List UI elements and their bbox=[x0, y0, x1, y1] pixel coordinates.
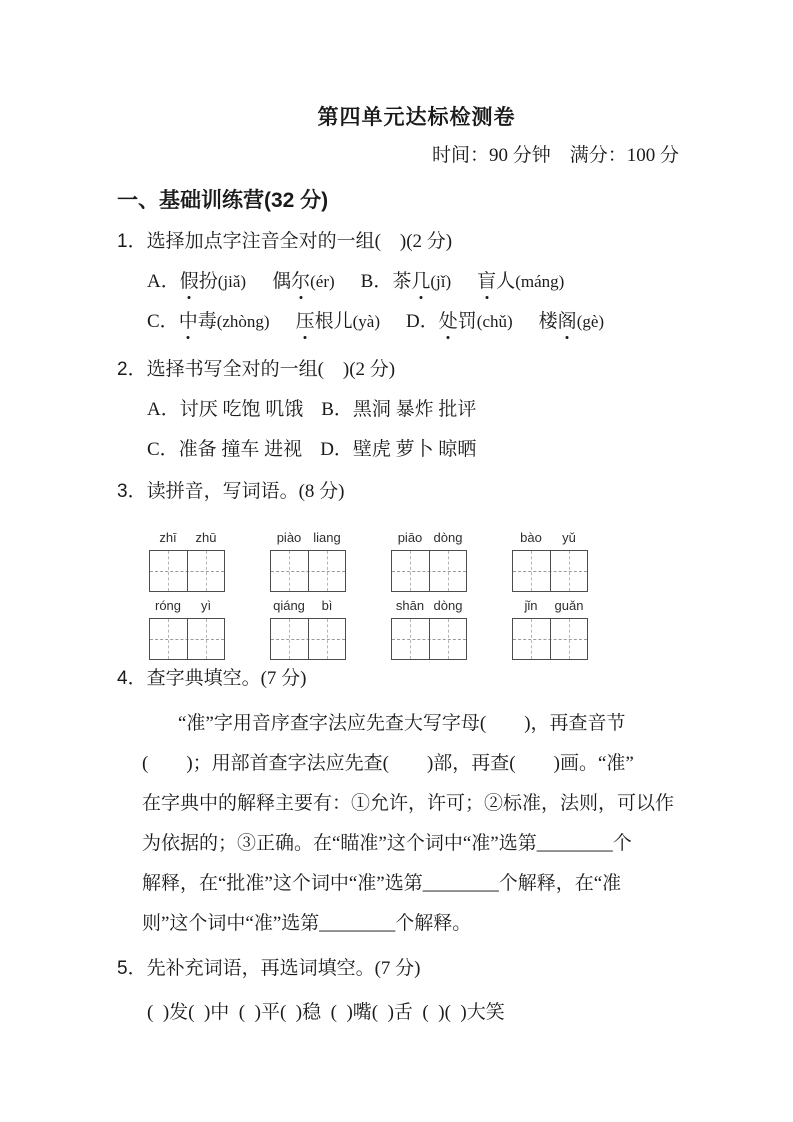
option-label: A． bbox=[147, 268, 180, 295]
grid-row: zhīzhūpiàoliangpiāodòngbàoyǔ bbox=[149, 529, 733, 592]
option-item: A．假扮(jiǎ) bbox=[147, 268, 246, 295]
pinyin-syllable: zhū bbox=[187, 529, 225, 550]
option-row: C．准备 撞车 进视D．壁虎 萝卜 晾晒 bbox=[147, 436, 733, 476]
question-2-stem-text: 选择书写全对的一组( )(2 分) bbox=[147, 359, 396, 380]
writing-grid: zhīzhū bbox=[149, 529, 225, 592]
grid-cell bbox=[513, 551, 550, 591]
question-1-stem: 1．选择加点字注音全对的一组( )(2 分) bbox=[117, 228, 733, 268]
exam-time-score-meta: 时间：90 分钟 满分：100 分 bbox=[432, 140, 679, 167]
pinyin-syllable: jǐn bbox=[512, 597, 550, 618]
question-2-stem: 2．选择书写全对的一组( )(2 分) bbox=[117, 356, 733, 396]
grid-cell bbox=[150, 551, 187, 591]
pinyin-row: zhīzhū bbox=[149, 529, 225, 550]
pinyin-row: bàoyǔ bbox=[512, 529, 588, 550]
pinyin-syllable: bì bbox=[308, 597, 346, 618]
option-char: 假 bbox=[180, 268, 199, 295]
question-2-options: A．讨厌 吃饱 叽饿B．黑洞 暴炸 批评C．准备 撞车 进视D．壁虎 萝卜 晾晒 bbox=[117, 396, 733, 476]
question-4: 4．查字典填空。(7 分) “准”字用音序查字法应先查大写字母( )，再查音节(… bbox=[117, 665, 733, 950]
grid-cell bbox=[187, 619, 225, 659]
option-char: 尔 bbox=[291, 268, 310, 295]
option-char: 茶 bbox=[392, 268, 411, 295]
grid-cell bbox=[550, 551, 588, 591]
question-2: 2．选择书写全对的一组( )(2 分) A．讨厌 吃饱 叽饿B．黑洞 暴炸 批评… bbox=[117, 356, 733, 476]
pinyin-syllable: liang bbox=[308, 529, 346, 550]
question-2-number: 2． bbox=[117, 359, 147, 380]
option-row: A．假扮(jiǎ)偶尔(ér)B．茶几(jǐ)盲人(máng) bbox=[147, 268, 733, 308]
grid-cell bbox=[513, 619, 550, 659]
option-item: C．准备 撞车 进视 bbox=[147, 436, 302, 476]
grid-cell bbox=[271, 551, 308, 591]
pinyin-annotation: (jiǎ) bbox=[218, 268, 246, 295]
option-label: C． bbox=[147, 308, 179, 335]
option-word: 盲人 bbox=[477, 268, 515, 295]
section-1-heading: 一、基础训练营(32 分) bbox=[117, 184, 328, 214]
pinyin-syllable: shān bbox=[391, 597, 429, 618]
question-4-stem: 4．查字典填空。(7 分) bbox=[117, 665, 733, 705]
grid-cell bbox=[187, 551, 225, 591]
option-char: 根 bbox=[315, 308, 334, 335]
option-label: D． bbox=[406, 308, 439, 335]
pinyin-row: shāndòng bbox=[391, 597, 467, 618]
grid-cell bbox=[550, 619, 588, 659]
text-line: 在字典中的解释主要有：①允许，许可；②标准，法则，可以作 bbox=[142, 790, 733, 830]
pinyin-annotation: (jǐ) bbox=[430, 268, 451, 295]
text-line: 为依据的；③正确。在“瞄准”这个词中“准”选第________个 bbox=[142, 830, 733, 870]
option-char: 毒 bbox=[198, 308, 217, 335]
option-item: B．黑洞 暴炸 批评 bbox=[321, 396, 476, 436]
pinyin-syllable: piào bbox=[270, 529, 308, 550]
option-char: 处 bbox=[439, 308, 458, 335]
option-label: B． bbox=[361, 268, 393, 295]
pinyin-row: róngyì bbox=[149, 597, 225, 618]
option-word: 处罚 bbox=[439, 308, 477, 335]
question-4-stem-text: 查字典填空。(7 分) bbox=[147, 668, 307, 689]
writing-grid: róngyì bbox=[149, 597, 225, 660]
writing-grid: jǐnguǎn bbox=[512, 597, 588, 660]
grid-cell bbox=[392, 551, 429, 591]
pinyin-annotation: (zhòng) bbox=[217, 308, 270, 335]
text-line: 则”这个词中“准”选第________个解释。 bbox=[142, 910, 733, 950]
option-item: B．茶几(jǐ) bbox=[361, 268, 452, 295]
question-4-number: 4． bbox=[117, 668, 147, 689]
option-char: 阁 bbox=[558, 308, 577, 335]
grid-cell bbox=[392, 619, 429, 659]
pinyin-annotation: (yà) bbox=[353, 308, 380, 335]
question-3-stem-text: 读拼音，写词语。(8 分) bbox=[147, 481, 345, 502]
question-1-stem-text: 选择加点字注音全对的一组( )(2 分) bbox=[147, 231, 453, 252]
pinyin-syllable: guǎn bbox=[550, 597, 588, 618]
writing-box bbox=[512, 550, 588, 592]
grid-cell bbox=[308, 551, 346, 591]
option-char: 罚 bbox=[458, 308, 477, 335]
question-3: 3．读拼音，写词语。(8 分) zhīzhūpiàoliangpiāodòngb… bbox=[117, 478, 733, 660]
option-item: D．处罚(chǔ) bbox=[406, 308, 513, 335]
option-item: D．壁虎 萝卜 晾晒 bbox=[320, 436, 476, 476]
pinyin-syllable: qiáng bbox=[270, 597, 308, 618]
option-item: C．中毒(zhòng) bbox=[147, 308, 270, 335]
option-char: 楼 bbox=[539, 308, 558, 335]
question-1-number: 1． bbox=[117, 231, 147, 252]
writing-grid: shāndòng bbox=[391, 597, 467, 660]
grid-row: róngyìqiángbìshāndòngjǐnguǎn bbox=[149, 597, 733, 660]
writing-box bbox=[270, 618, 346, 660]
pinyin-annotation: (ér) bbox=[310, 268, 335, 295]
option-char: 扮 bbox=[199, 268, 218, 295]
text-line: “准”字用音序查字法应先查大写字母( )，再查音节 bbox=[142, 710, 733, 750]
question-5-number: 5． bbox=[117, 958, 147, 979]
option-row: A．讨厌 吃饱 叽饿B．黑洞 暴炸 批评 bbox=[147, 396, 733, 436]
option-char: 人 bbox=[496, 268, 515, 295]
option-word: 压根儿 bbox=[296, 308, 353, 335]
option-row: C．中毒(zhòng)压根儿(yà)D．处罚(chǔ)楼阁(gè) bbox=[147, 308, 733, 348]
pinyin-syllable: bào bbox=[512, 529, 550, 550]
question-5-stem-text: 先补充词语，再选词填空。(7 分) bbox=[147, 958, 421, 979]
question-3-number: 3． bbox=[117, 481, 147, 502]
pinyin-syllable: dòng bbox=[429, 597, 467, 618]
exam-page: 第四单元达标检测卷 时间：90 分钟 满分：100 分 一、基础训练营(32 分… bbox=[0, 0, 793, 1122]
writing-grid: piāodòng bbox=[391, 529, 467, 592]
writing-box bbox=[149, 618, 225, 660]
option-word: 假扮 bbox=[180, 268, 218, 295]
pinyin-annotation: (gè) bbox=[577, 308, 604, 335]
option-item: 偶尔(ér) bbox=[272, 268, 335, 295]
pinyin-row: piāodòng bbox=[391, 529, 467, 550]
option-item: 盲人(máng) bbox=[477, 268, 564, 295]
page-title: 第四单元达标检测卷 bbox=[40, 101, 793, 131]
question-5-word-blanks: ( )发( )中 ( )平( )稳 ( )嘴( )舌 ( )( )大笑 bbox=[147, 999, 733, 1039]
option-char: 压 bbox=[296, 308, 315, 335]
writing-grid: bàoyǔ bbox=[512, 529, 588, 592]
writing-box bbox=[512, 618, 588, 660]
option-char: 偶 bbox=[272, 268, 291, 295]
question-1: 1．选择加点字注音全对的一组( )(2 分) A．假扮(jiǎ)偶尔(ér)B．… bbox=[117, 228, 733, 348]
option-item: 楼阁(gè) bbox=[539, 308, 604, 335]
writing-box bbox=[149, 550, 225, 592]
pinyin-row: jǐnguǎn bbox=[512, 597, 588, 618]
text-line: ( )；用部首查字法应先查( )部，再查( )画。“准” bbox=[142, 750, 733, 790]
pinyin-row: piàoliang bbox=[270, 529, 346, 550]
text-line: 解释，在“批准”这个词中“准”选第________个解释，在“准 bbox=[142, 870, 733, 910]
pinyin-syllable: róng bbox=[149, 597, 187, 618]
writing-box bbox=[391, 550, 467, 592]
writing-box bbox=[270, 550, 346, 592]
pinyin-syllable: yì bbox=[187, 597, 225, 618]
option-char: 几 bbox=[411, 268, 430, 295]
option-word: 偶尔 bbox=[272, 268, 310, 295]
grid-cell bbox=[308, 619, 346, 659]
pinyin-syllable: zhī bbox=[149, 529, 187, 550]
pinyin-syllable: yǔ bbox=[550, 529, 588, 550]
option-char: 中 bbox=[179, 308, 198, 335]
pinyin-row: qiángbì bbox=[270, 597, 346, 618]
option-word: 楼阁 bbox=[539, 308, 577, 335]
writing-grid: qiángbì bbox=[270, 597, 346, 660]
pinyin-annotation: (chǔ) bbox=[477, 308, 513, 335]
grid-cell bbox=[150, 619, 187, 659]
question-5: 5．先补充词语，再选词填空。(7 分) ( )发( )中 ( )平( )稳 ( … bbox=[117, 955, 733, 1039]
question-1-options: A．假扮(jiǎ)偶尔(ér)B．茶几(jǐ)盲人(máng)C．中毒(zhòn… bbox=[117, 268, 733, 348]
question-5-stem: 5．先补充词语，再选词填空。(7 分) bbox=[117, 955, 733, 995]
grid-cell bbox=[429, 619, 467, 659]
pinyin-annotation: (máng) bbox=[515, 268, 564, 295]
grid-cell bbox=[429, 551, 467, 591]
writing-grid: piàoliang bbox=[270, 529, 346, 592]
pinyin-syllable: piāo bbox=[391, 529, 429, 550]
option-word: 茶几 bbox=[392, 268, 430, 295]
option-char: 儿 bbox=[334, 308, 353, 335]
grid-cell bbox=[271, 619, 308, 659]
pinyin-syllable: dòng bbox=[429, 529, 467, 550]
question-3-writing-grids: zhīzhūpiàoliangpiāodòngbàoyǔróngyìqiángb… bbox=[117, 529, 733, 660]
question-3-stem: 3．读拼音，写词语。(8 分) bbox=[117, 478, 733, 518]
writing-box bbox=[391, 618, 467, 660]
option-item: A．讨厌 吃饱 叽饿 bbox=[147, 396, 303, 436]
question-4-paragraph: “准”字用音序查字法应先查大写字母( )，再查音节( )；用部首查字法应先查( … bbox=[142, 710, 733, 950]
option-word: 中毒 bbox=[179, 308, 217, 335]
option-item: 压根儿(yà) bbox=[296, 308, 380, 335]
option-char: 盲 bbox=[477, 268, 496, 295]
